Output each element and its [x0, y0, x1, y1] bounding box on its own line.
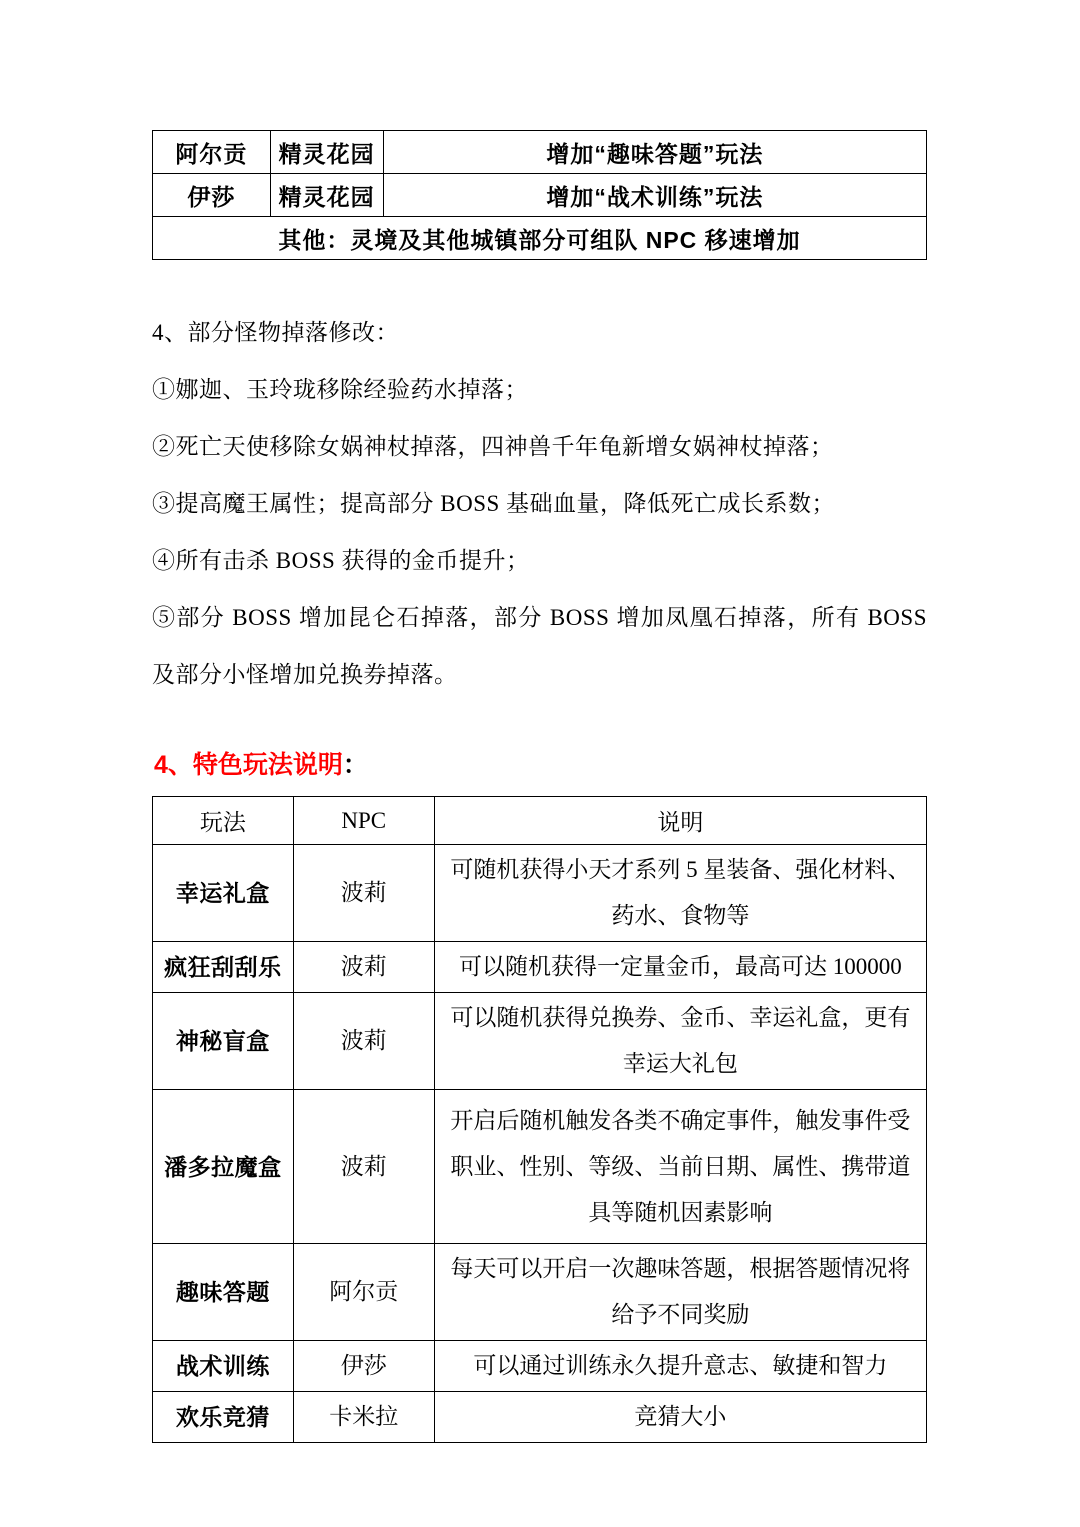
desc-cell: 可随机获得小天才系列 5 星装备、强化材料、药水、食物等 [434, 845, 926, 942]
drop-item: ③提高魔王属性；提高部分 BOSS 基础血量，降低死亡成长系数； [152, 475, 927, 532]
npc-cell: 阿尔贡 [293, 1244, 434, 1341]
features-table: 玩法 NPC 说明 幸运礼盒 波莉 可随机获得小天才系列 5 星装备、强化材料、… [152, 796, 927, 1443]
play-name-cell: 神秘盲盒 [153, 993, 294, 1090]
npc-name-cell: 阿尔贡 [153, 131, 271, 174]
header-play: 玩法 [153, 797, 294, 845]
table-row: 疯狂刮刮乐 波莉 可以随机获得一定量金币，最高可达 100000 [153, 942, 927, 993]
other-note-cell: 其他：灵境及其他城镇部分可组队 NPC 移速增加 [153, 217, 927, 260]
play-name-cell: 潘多拉魔盒 [153, 1090, 294, 1244]
table-row: 伊莎 精灵花园 增加“战术训练”玩法 [153, 174, 927, 217]
play-name-cell: 趣味答题 [153, 1244, 294, 1341]
header-npc: NPC [293, 797, 434, 845]
npc-cell: 卡米拉 [293, 1392, 434, 1443]
table-row: 潘多拉魔盒 波莉 开启后随机触发各类不确定事件，触发事件受职业、性别、等级、当前… [153, 1090, 927, 1244]
npc-change-cell: 增加“战术训练”玩法 [383, 174, 926, 217]
table-row: 趣味答题 阿尔贡 每天可以开启一次趣味答题，根据答题情况将给予不同奖励 [153, 1244, 927, 1341]
section-heading: 4、部分怪物掉落修改： [152, 304, 927, 361]
npc-cell: 波莉 [293, 845, 434, 942]
desc-cell: 可以随机获得兑换券、金币、幸运礼盒，更有幸运大礼包 [434, 993, 926, 1090]
desc-cell: 开启后随机触发各类不确定事件，触发事件受职业、性别、等级、当前日期、属性、携带道… [434, 1090, 926, 1244]
drop-item: ⑤部分 BOSS 增加昆仑石掉落，部分 BOSS 增加凤凰石掉落，所有 BOSS… [152, 589, 927, 703]
play-name-cell: 战术训练 [153, 1341, 294, 1392]
table-header-row: 玩法 NPC 说明 [153, 797, 927, 845]
desc-cell: 可以随机获得一定量金币，最高可达 100000 [434, 942, 926, 993]
table-row: 幸运礼盒 波莉 可随机获得小天才系列 5 星装备、强化材料、药水、食物等 [153, 845, 927, 942]
table-row: 其他：灵境及其他城镇部分可组队 NPC 移速增加 [153, 217, 927, 260]
table-row: 阿尔贡 精灵花园 增加“趣味答题”玩法 [153, 131, 927, 174]
features-heading-text: 4、特色玩法说明 [154, 751, 343, 779]
npc-cell: 波莉 [293, 942, 434, 993]
npc-location-cell: 精灵花园 [270, 174, 383, 217]
drop-item: ④所有击杀 BOSS 获得的金币提升； [152, 532, 927, 589]
desc-cell: 竞猜大小 [434, 1392, 926, 1443]
play-name-cell: 欢乐竞猜 [153, 1392, 294, 1443]
play-name-cell: 疯狂刮刮乐 [153, 942, 294, 993]
npc-change-cell: 增加“趣味答题”玩法 [383, 131, 926, 174]
table-row: 欢乐竞猜 卡米拉 竞猜大小 [153, 1392, 927, 1443]
document-page: 阿尔贡 精灵花园 增加“趣味答题”玩法 伊莎 精灵花园 增加“战术训练”玩法 其… [0, 0, 1080, 1527]
drop-item: ②死亡天使移除女娲神杖掉落，四神兽千年龟新增女娲神杖掉落； [152, 418, 927, 475]
npc-cell: 波莉 [293, 1090, 434, 1244]
play-name-cell: 幸运礼盒 [153, 845, 294, 942]
desc-cell: 每天可以开启一次趣味答题，根据答题情况将给予不同奖励 [434, 1244, 926, 1341]
features-heading-colon: ： [343, 751, 368, 779]
header-desc: 说明 [434, 797, 926, 845]
desc-cell: 可以通过训练永久提升意志、敏捷和智力 [434, 1341, 926, 1392]
table-row: 神秘盲盒 波莉 可以随机获得兑换券、金币、幸运礼盒，更有幸运大礼包 [153, 993, 927, 1090]
npc-cell: 波莉 [293, 993, 434, 1090]
npc-cell: 伊莎 [293, 1341, 434, 1392]
drop-item: ①娜迦、玉玲珑移除经验药水掉落； [152, 361, 927, 418]
npc-name-cell: 伊莎 [153, 174, 271, 217]
monster-drops-section: 4、部分怪物掉落修改： ①娜迦、玉玲珑移除经验药水掉落； ②死亡天使移除女娲神杖… [152, 304, 927, 703]
npc-location-table: 阿尔贡 精灵花园 增加“趣味答题”玩法 伊莎 精灵花园 增加“战术训练”玩法 其… [152, 130, 927, 260]
features-heading: 4、特色玩法说明： [154, 750, 927, 780]
table-row: 战术训练 伊莎 可以通过训练永久提升意志、敏捷和智力 [153, 1341, 927, 1392]
npc-location-cell: 精灵花园 [270, 131, 383, 174]
